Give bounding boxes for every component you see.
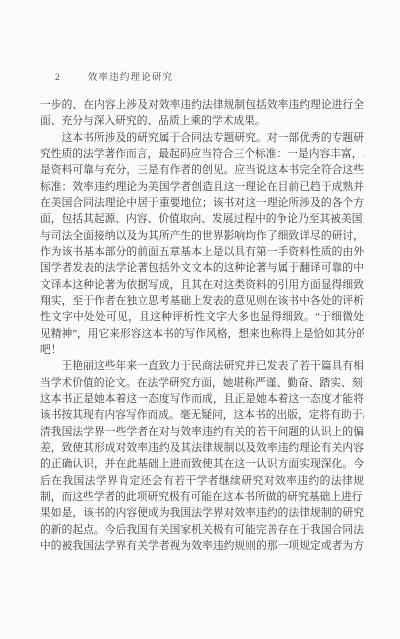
text-line: 果如是，该书的内容便成为我国法学界对效率违约的法律规制的研究 [40, 505, 364, 521]
text-line: 文译本这种论著为依据写成，且其在对这类资料的引用方面显得细致 [40, 277, 364, 293]
text-line: 作为该书基本部分的前面五章基本上是以具有第一手资料性质的由外 [40, 244, 364, 260]
text-line: 清我国法学界一些学者在对与效率违约有关的若干问题的认识上的偏 [40, 424, 364, 440]
text-line: 这本书所涉及的研究属于合同法专题研究。对一部优秀的专题研 [40, 130, 364, 146]
text-line: 后在我国法学界肯定还会有若干学者继续研究对效率违约的法律规 [40, 473, 364, 489]
text-line: 的新的起点。今后我国有关国家机关极有可能完善存在于我国合同法 [40, 522, 364, 538]
text-line: 性文字中处处可见，且这种评析性文字大多也显得细致。“于细微处 [40, 309, 364, 325]
book-title: 效率违约理论研究 [88, 69, 174, 83]
text-line: 制，而这些学者的此项研究极有可能在这本书所做的研究基础上进行； [40, 489, 364, 505]
text-line: 究性质的法学著作而言，最起码应当符合三个标准：一是内容丰富，二 [40, 146, 364, 162]
text-line: 是资料可靠与充分，三是有作者的创见。应当说这本书完全符合这些 [40, 162, 364, 178]
text-line: 见精神”，用它来形容这本书的写作风格，想来也称得上是恰如其分的 [40, 326, 364, 342]
text-line: 一步的、在内容上涉及对效率违约法律规制包括效率违约理论进行全 [40, 97, 364, 113]
text-line: 这本书正是她本着这一态度写作而成，且正是她本着这一态度才能将 [40, 391, 364, 407]
page-number: 2 [55, 73, 60, 83]
text-line: 翔实，至于作者在独立思考基础上发表的意见则在该书中各处的评析 [40, 293, 364, 309]
text-line: 差，致使其形成对效率违约及其法律规制以及效率违约理论有关内容 [40, 440, 364, 456]
text-line: 该书按其现有内容写作而成。毫无疑问，这本书的出版，定将有助于厘 [40, 407, 364, 423]
text-line: 在美国合同法理论中居于重要地位；该书对这一理论所涉及的各个方 [40, 195, 364, 211]
text-line: 国学者发表的法学论著包括外文文本的这种论著与属于翻译可靠的中 [40, 260, 364, 276]
text-line: 面、充分与深入研究的、品质上乘的学术成果。 [40, 113, 364, 129]
text-line: 当学术价值的论文。在法学研究方面，她堪称严谨、勤奋、踏实、刻苦； [40, 375, 364, 391]
body-text: 一步的、在内容上涉及对效率违约法律规制包括效率违约理论进行全 面、充分与深入研究… [40, 97, 364, 554]
text-line: 面，包括其起源、内容、价值取向、发展过程中的争论乃至其被美国立法 [40, 211, 364, 227]
text-line: 王艳丽这些年来一直致力于民商法研究并已发表了若干篇具有相 [40, 358, 364, 374]
text-line: 的正确认识，并在此基础上进而致使其在这一认识方面实现深化。今 [40, 456, 364, 472]
scanned-book-page: 2 效率违约理论研究 一步的、在内容上涉及对效率违约法律规制包括效率违约理论进行… [0, 0, 400, 639]
text-line: 与司法全面接纳以及为其所产生的世界影响均作了细致详尽的研讨， [40, 228, 364, 244]
page-header: 2 效率违约理论研究 [55, 69, 363, 83]
text-line: 中的被我国法学界有关学者视为效率违约规则的那一项规定或者为方 [40, 538, 364, 554]
text-line: 吧！ [40, 342, 364, 358]
text-line: 标准：效率违约理论为美国学者创造且这一理论在目前已趋于成熟并 [40, 179, 364, 195]
